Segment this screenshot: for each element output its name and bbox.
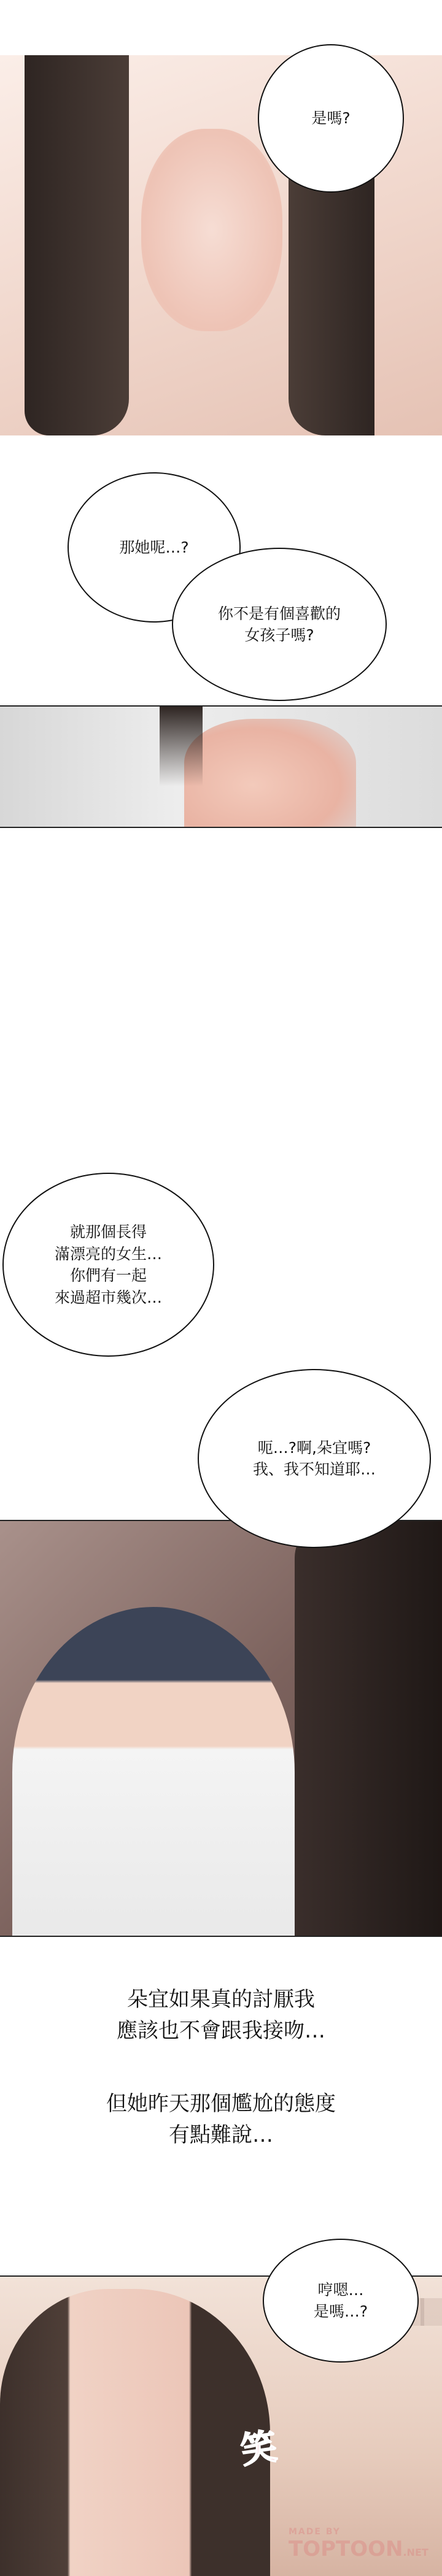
watermark-small: MADE BY [289,2527,428,2537]
speech-bubble-3: 你不是有個喜歡的 女孩子嗎? [172,548,387,701]
panel-5 [0,1520,442,1937]
speech-bubble-1: 是嗎? [258,44,404,193]
sound-effect-laugh: 笑 [237,2417,279,2473]
speech-bubble-3-text: 你不是有個喜歡的 女孩子嗎? [218,603,341,646]
panel-3-dark-strand [160,707,203,786]
speech-bubble-1-text: 是嗎? [311,107,350,129]
speech-bubble-4-text: 就那個長得 滿漂亮的女生… 你們有一起 來過超市幾次… [55,1221,162,1308]
panel-7-figure-shape [0,2289,270,2576]
narration-block-2: 但她昨天那個尷尬的態度 有點難說… [0,2088,442,2151]
narration-block-1: 朵宜如果真的討厭我 應該也不會跟我接吻… [0,1984,442,2047]
watermark: MADE BY TOPTOON.NET [289,2527,428,2561]
speech-bubble-4: 就那個長得 滿漂亮的女生… 你們有一起 來過超市幾次… [2,1173,214,1357]
panel-1-hair-shape-left [25,55,129,435]
panel-3 [0,705,442,828]
panel-5-figure-left [12,1607,295,1937]
watermark-main: TOPTOON [289,2537,403,2561]
panel-3-warm-shape [184,719,356,828]
speech-bubble-6: 哼嗯… 是嗎…? [263,2239,419,2363]
speech-bubble-2-text: 那她呢…? [119,537,188,559]
watermark-suffix: .NET [403,2547,428,2558]
speech-bubble-6-text: 哼嗯… 是嗎…? [314,2279,368,2323]
speech-bubble-5: 呃…?啊,朵宜嗎? 我、我不知道耶… [198,1369,431,1548]
panel-1-soft-highlight [141,129,282,331]
speech-bubble-5-text: 呃…?啊,朵宜嗎? 我、我不知道耶… [253,1437,376,1481]
panel-5-figure-right [295,1521,442,1937]
